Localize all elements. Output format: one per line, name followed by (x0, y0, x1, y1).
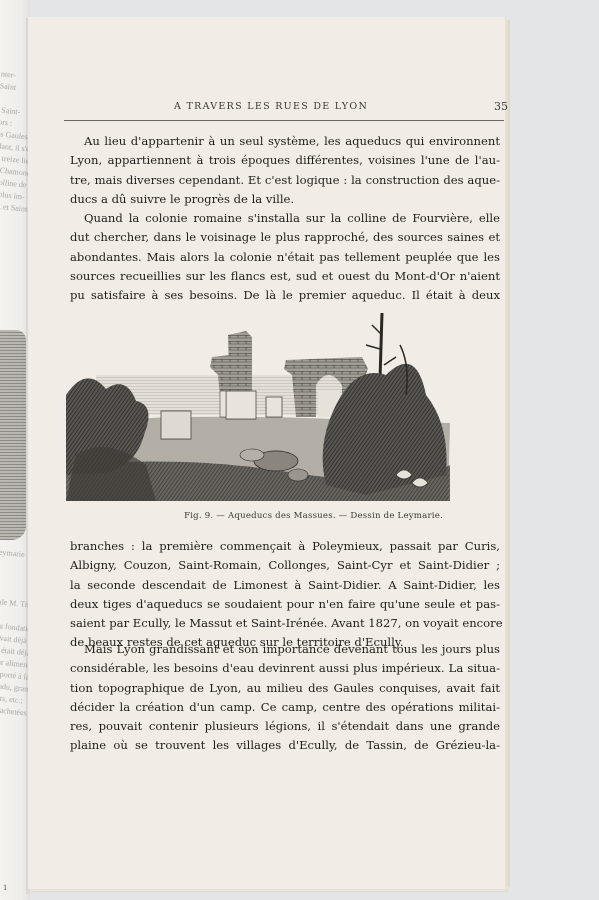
page-edge (505, 20, 510, 887)
text-line: la seconde descendait de Limonest à Sain… (70, 576, 500, 595)
text-line: Au lieu d'appartenir à un seul système, … (70, 132, 500, 151)
text-line: branches : la première commençait à Pole… (70, 537, 500, 556)
text-line: pu satisfaire à ses besoins. De là le pr… (70, 286, 500, 305)
aqueduct-engraving (66, 305, 450, 501)
text-line: décider la création d'un camp. Ce camp, … (70, 698, 500, 717)
text-line: Lyon, appartiennent à trois époques diff… (70, 151, 500, 170)
figure-caption: Fig. 9. — Aqueducs des Massues. — Dessin… (0, 511, 599, 521)
figure-illustration (66, 305, 450, 501)
text-line: saient par Ecully, le Massut et Saint-Ir… (70, 614, 500, 633)
text-line: ducs a dû suivre le progrès de la ville. (70, 190, 500, 209)
text-line: plaine où se trouvent les villages d'Ecu… (70, 736, 500, 755)
paragraph-4: Mais Lyon grandissant et son importance … (70, 640, 500, 756)
text-line: abondantes. Mais alors la colonie n'étai… (70, 248, 500, 267)
paragraph-1: Au lieu d'appartenir à un seul système, … (70, 132, 500, 209)
facing-page-illustration (0, 330, 26, 540)
text-line: Quand la colonie romaine s'installa sur … (70, 209, 500, 228)
figure-caption-text: Fig. 9. — Aqueducs des Massues. — Dessin… (184, 511, 443, 521)
text-line: Mais Lyon grandissant et son importance … (70, 640, 500, 659)
running-title: A TRAVERS LES RUES DE LYON (174, 101, 368, 112)
text-line: sources recueillies sur les flancs est, … (70, 267, 500, 286)
running-head: A TRAVERS LES RUES DE LYON 35 (64, 101, 508, 117)
text-line: considérable, les besoins d'eau devinren… (70, 659, 500, 678)
text-line: dut chercher, dans le voisinage le plus … (70, 228, 500, 247)
page-number: 35 (494, 100, 508, 113)
header-rule (64, 120, 504, 121)
paragraph-2: Quand la colonie romaine s'installa sur … (70, 209, 500, 305)
text-line: res, pouvait contenir plusieurs légions,… (70, 717, 500, 736)
facing-page-mark: 1 (3, 884, 7, 892)
text-line: deux tiges d'aqueducs se soudaient pour … (70, 595, 500, 614)
paragraph-3: branches : la première commençait à Pole… (70, 537, 500, 653)
text-line: Albigny, Couzon, Saint-Romain, Collonges… (70, 556, 500, 575)
text-line: tion topographique de Lyon, au milieu de… (70, 679, 500, 698)
text-line: tre, mais diverses cependant. Et c'est l… (70, 171, 500, 190)
